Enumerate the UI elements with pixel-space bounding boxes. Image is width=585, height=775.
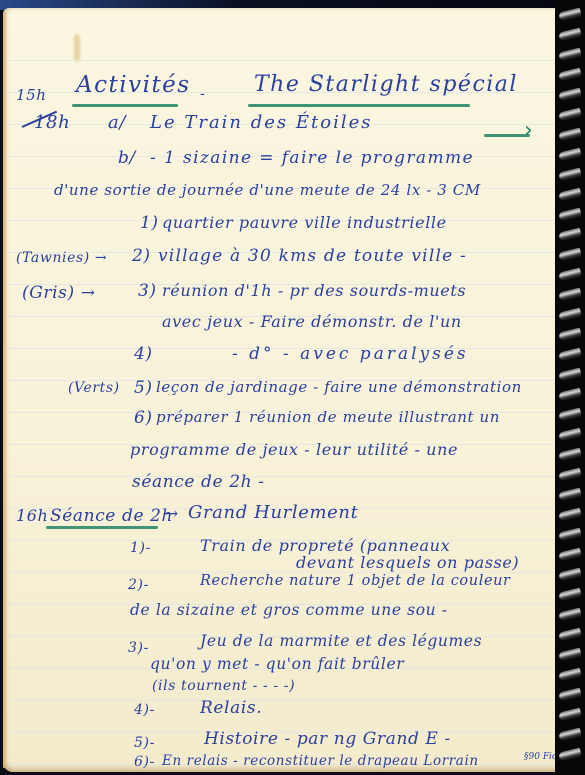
session-arrow: → (164, 504, 179, 524)
option-3-number: 3) (138, 281, 157, 301)
arrow-right-icon: › (524, 118, 533, 143)
session-item-1-number: 1)- (130, 540, 151, 556)
session-title: Séance de 2h (50, 506, 173, 526)
option-3-text: réunion d'1h - pr des sourds-muets (162, 281, 466, 300)
session-item-6-number: 6)- (134, 754, 155, 770)
theme-underline (248, 104, 470, 107)
section-a-text: Le Train des Étoiles (150, 112, 373, 133)
session-item-1-continuation: devant lesquels on passe) (296, 553, 519, 572)
session-underline (46, 526, 158, 529)
session-item-2-text: Recherche nature 1 objet de la couleur (200, 573, 511, 589)
option-1-text: quartier pauvre ville industrielle (162, 213, 447, 232)
option-4-number: 4) (134, 344, 153, 364)
session-item-3-number: 3)- (128, 640, 149, 656)
option-1-number: 1) (140, 213, 159, 233)
paper-stain (74, 34, 80, 62)
option-2-group: (Tawnies) → (16, 250, 107, 266)
section-b-line2: d'une sortie de journée d'une meute de 2… (54, 181, 481, 199)
section-b-marker: b/ (118, 148, 136, 168)
session-item-5-text: Histoire - par ng Grand E - (204, 729, 451, 749)
activities-title: Activités (76, 72, 191, 98)
session-item-4-text: Relais. (200, 698, 262, 718)
option-5-number: 5) (134, 378, 153, 398)
option-3-continuation: avec jeux - Faire démonstr. de l'un (162, 312, 462, 331)
option-6-continuation: programme de jeux - leur utilité - une (130, 440, 458, 459)
session-item-5-number: 5)- (134, 735, 155, 751)
dash: - (200, 86, 205, 102)
option-6-text: préparer 1 réunion de meute illustrant u… (156, 408, 500, 426)
option-2-number: 2) (132, 246, 151, 266)
option-6-number: 6) (134, 408, 153, 428)
section-b-line1: - 1 sizaine = faire le programme (150, 148, 474, 168)
option-5-text: leçon de jardinage - faire une démonstra… (156, 378, 522, 396)
session-item-4-number: 4)- (134, 702, 155, 718)
activities-underline (72, 104, 178, 107)
theme-title: The Starlight spécial (254, 72, 518, 97)
session-item-3-continuation2: (ils tournent - - - -) (152, 678, 295, 694)
option-6-continuation2: séance de 2h - (132, 472, 265, 492)
option-2-text: village à 30 kms de toute ville - (158, 246, 467, 266)
spiral-binding (555, 0, 585, 775)
section-a-marker: a/ (108, 112, 126, 133)
time-start: 15h (16, 86, 47, 104)
session-item-3-continuation: qu'on y met - qu'on fait brûler (150, 655, 404, 673)
option-4-text: - d° - avec paralysés (232, 344, 469, 364)
notebook-scan: 15h Activités - The Starlight spécial 18… (0, 0, 585, 775)
option-3-group: (Gris) → (22, 283, 96, 303)
session-item-2-continuation: de la sizaine et gros comme une sou - (130, 601, 448, 619)
session-time: 16h (16, 506, 48, 525)
time-end: 18h (34, 112, 70, 133)
session-item-2-number: 2)- (128, 577, 149, 593)
session-subtitle: Grand Hurlement (188, 502, 358, 523)
page-edge-shadow (3, 12, 7, 768)
session-item-6-text: En relais - reconstituer le drapeau Lorr… (162, 753, 479, 769)
session-item-3-text: Jeu de la marmite et des légumes (200, 632, 482, 650)
option-5-group: (Verts) (68, 380, 120, 396)
